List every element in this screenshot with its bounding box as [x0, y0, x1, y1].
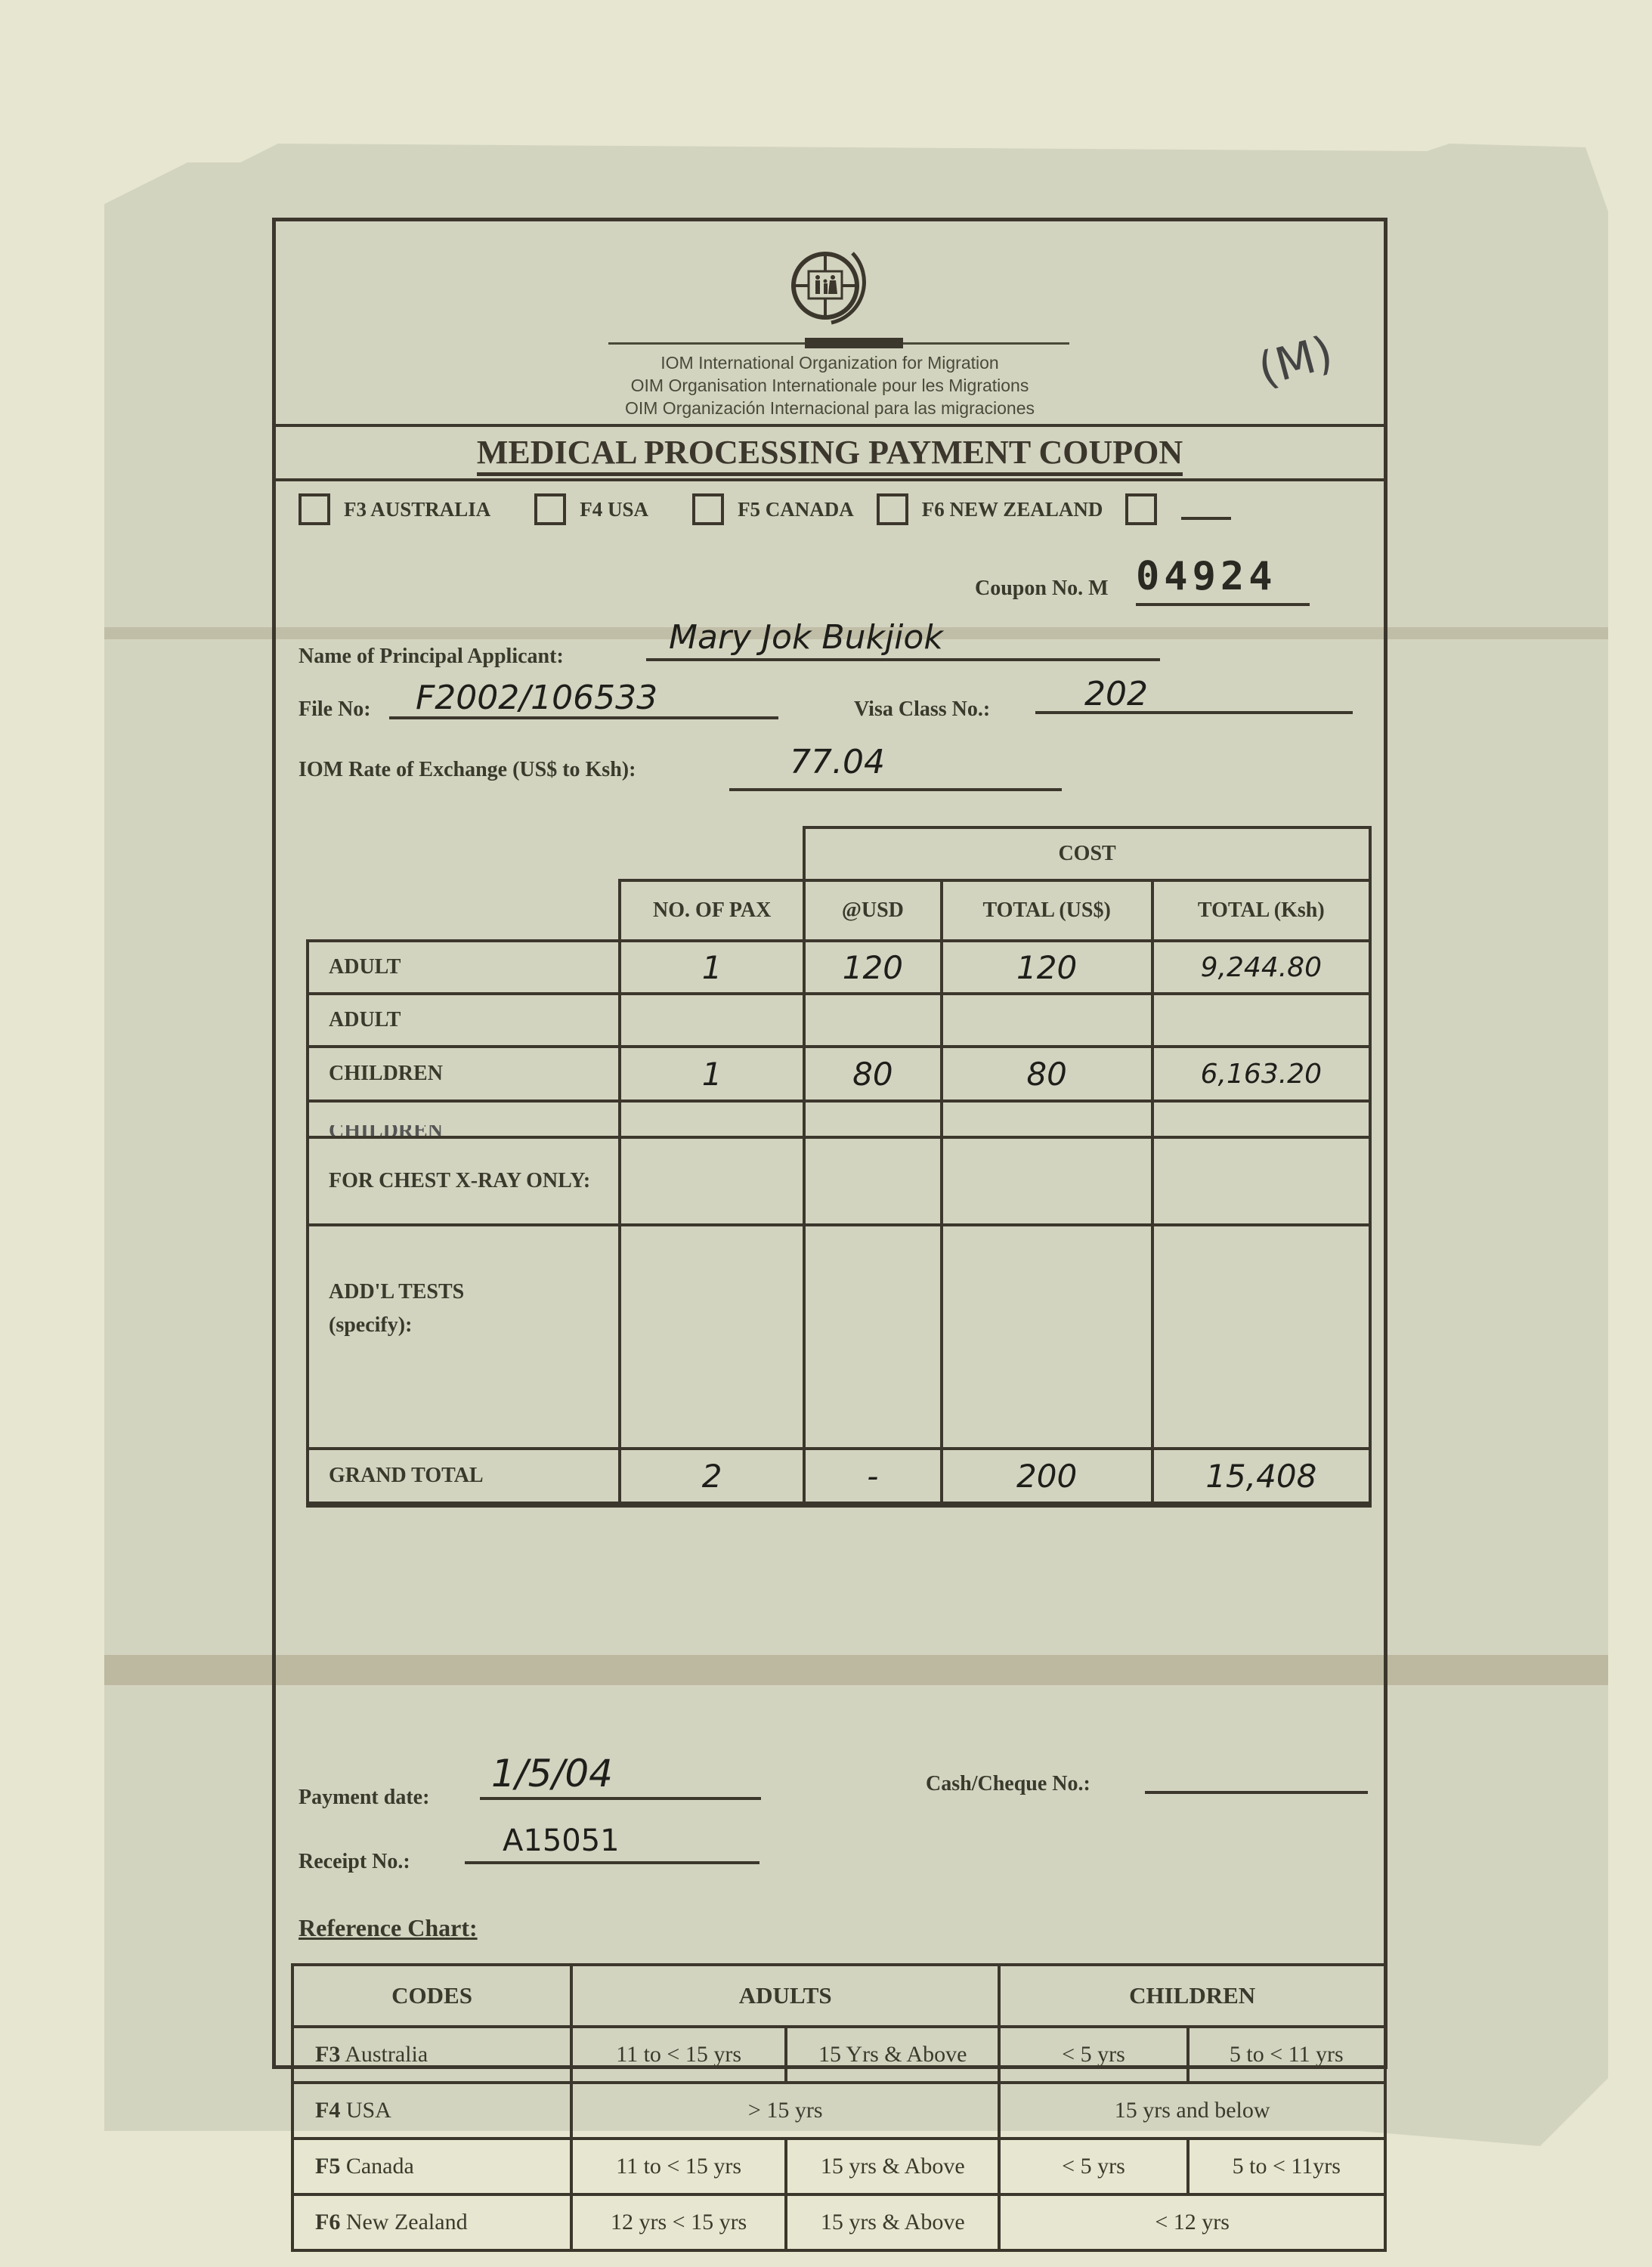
total-usd-cell[interactable]	[942, 994, 1152, 1047]
total-usd-cell[interactable]: 200	[942, 1449, 1152, 1505]
row-label: ADULT	[308, 994, 620, 1047]
usd-cell[interactable]: 80	[804, 1047, 941, 1101]
col-header-children: CHILDREN	[999, 1965, 1385, 2027]
payment-coupon-form: IOM International Organization for Migra…	[272, 218, 1387, 2069]
iom-logo-icon	[786, 244, 869, 327]
field-underline	[646, 658, 1160, 661]
field-underline	[480, 1797, 761, 1800]
table-row: FOR CHEST X-RAY ONLY:	[308, 1137, 1370, 1225]
total-usd-cell[interactable]	[942, 1101, 1152, 1137]
cost-table: COST NO. OF PAX @USD TOTAL (US$) TOTAL (…	[306, 826, 1372, 1508]
pax-cell[interactable]	[620, 1137, 804, 1225]
total-usd-cell[interactable]: 120	[942, 941, 1152, 994]
child-age-cell: < 5 yrs	[999, 2027, 1187, 2083]
row-label: GRAND TOTAL	[308, 1449, 620, 1505]
pax-cell[interactable]: 1	[620, 941, 804, 994]
checkbox-f6-new-zealand[interactable]: F6 NEW ZEALAND	[877, 493, 1103, 525]
usd-cell[interactable]	[804, 994, 941, 1047]
total-usd-cell[interactable]	[942, 1137, 1152, 1225]
header-rule-bar	[805, 338, 903, 348]
col-header-total-usd: TOTAL (US$)	[942, 880, 1152, 941]
program-checkboxes: F3 AUSTRALIA F4 USA F5 CANADA F6 NEW ZEA…	[299, 493, 1369, 525]
adult-age-cell: 11 to < 15 yrs	[571, 2139, 786, 2194]
total-ksh-cell[interactable]	[1152, 1137, 1370, 1225]
total-ksh-cell[interactable]	[1152, 994, 1370, 1047]
pax-cell[interactable]	[620, 1225, 804, 1449]
field-underline	[729, 788, 1062, 791]
pax-cell[interactable]	[620, 994, 804, 1047]
total-ksh-cell[interactable]: 6,163.20	[1152, 1047, 1370, 1101]
payment-date-label: Payment date:	[299, 1786, 429, 1810]
col-header-adults: ADULTS	[571, 1965, 999, 2027]
reference-chart-table: CODES ADULTS CHILDREN F3 Australia 11 to…	[291, 1963, 1387, 2252]
file-number-field[interactable]: F2002/106533	[416, 679, 657, 717]
org-name-es: OIM Organización Internacional para las …	[276, 397, 1384, 419]
table-row: F5 Canada 11 to < 15 yrs 15 yrs & Above …	[292, 2139, 1385, 2194]
receipt-number-field[interactable]: A15051	[503, 1823, 620, 1858]
pax-cell[interactable]: 2	[620, 1449, 804, 1505]
file-number-label: File No:	[299, 697, 371, 722]
divider	[276, 478, 1384, 481]
child-age-cell: < 12 yrs	[999, 2194, 1385, 2250]
row-label: ADULT	[308, 941, 620, 994]
pax-cell[interactable]: 1	[620, 1047, 804, 1101]
adult-age-cell: 15 yrs & Above	[786, 2139, 999, 2194]
table-row: ADULT	[308, 994, 1370, 1047]
adult-age-cell: > 15 yrs	[571, 2083, 999, 2139]
field-underline	[1035, 711, 1353, 714]
child-age-cell: 5 to < 11 yrs	[1188, 2027, 1385, 2083]
usd-cell[interactable]: -	[804, 1449, 941, 1505]
code-cell: F4 USA	[292, 2083, 571, 2139]
cost-group-header: COST	[804, 827, 1370, 880]
row-label: ADD'L TESTS (specify):	[308, 1225, 620, 1449]
usd-cell[interactable]	[804, 1225, 941, 1449]
receipt-number-label: Receipt No.:	[299, 1850, 410, 1874]
col-header-pax: NO. OF PAX	[620, 880, 804, 941]
applicant-name-label: Name of Principal Applicant:	[299, 645, 564, 669]
page-title: MEDICAL PROCESSING PAYMENT COUPON	[276, 433, 1384, 472]
payment-date-field[interactable]: 1/5/04	[491, 1752, 613, 1795]
table-row: F6 New Zealand 12 yrs < 15 yrs 15 yrs & …	[292, 2194, 1385, 2250]
adult-age-cell: 15 Yrs & Above	[786, 2027, 999, 2083]
checkbox-other[interactable]	[1125, 493, 1231, 525]
total-ksh-cell[interactable]: 15,408	[1152, 1449, 1370, 1505]
table-row: ADD'L TESTS (specify):	[308, 1225, 1370, 1449]
table-row: CHILDREN	[308, 1101, 1370, 1137]
col-header-usd: @USD	[804, 880, 941, 941]
total-usd-cell[interactable]	[942, 1225, 1152, 1449]
usd-cell[interactable]	[804, 1101, 941, 1137]
reference-chart-title: Reference Chart:	[299, 1914, 478, 1942]
total-usd-cell[interactable]: 80	[942, 1047, 1152, 1101]
visa-class-label: Visa Class No.:	[854, 697, 990, 722]
col-header-codes: CODES	[292, 1965, 571, 2027]
total-ksh-cell[interactable]: 9,244.80	[1152, 941, 1370, 994]
adult-age-cell: 15 yrs & Above	[786, 2194, 999, 2250]
pax-cell[interactable]	[620, 1101, 804, 1137]
usd-cell[interactable]: 120	[804, 941, 941, 994]
col-header-total-ksh: TOTAL (Ksh)	[1152, 880, 1370, 941]
field-underline	[465, 1861, 759, 1864]
checkbox-icon[interactable]	[299, 493, 330, 525]
coupon-number-underline	[1136, 603, 1310, 606]
cheque-number-label: Cash/Cheque No.:	[926, 1772, 1091, 1796]
row-label: FOR CHEST X-RAY ONLY:	[308, 1137, 620, 1225]
checkbox-icon[interactable]	[877, 493, 908, 525]
child-age-cell: 5 to < 11yrs	[1188, 2139, 1385, 2194]
row-label: CHILDREN	[308, 1047, 620, 1101]
adult-age-cell: 11 to < 15 yrs	[571, 2027, 786, 2083]
table-row: F3 Australia 11 to < 15 yrs 15 Yrs & Abo…	[292, 2027, 1385, 2083]
usd-cell[interactable]	[804, 1137, 941, 1225]
field-underline	[389, 716, 778, 719]
row-label: CHILDREN	[308, 1101, 620, 1137]
exchange-rate-label: IOM Rate of Exchange (US$ to Ksh):	[299, 758, 636, 782]
total-ksh-cell[interactable]	[1152, 1101, 1370, 1137]
table-row: F4 USA > 15 yrs 15 yrs and below	[292, 2083, 1385, 2139]
table-row: ADULT 1 120 120 9,244.80	[308, 941, 1370, 994]
coupon-number: 04924	[1136, 554, 1277, 599]
coupon-number-label: Coupon No. M	[975, 577, 1109, 601]
exchange-rate-field[interactable]: 77.04	[790, 743, 885, 781]
child-age-cell: < 5 yrs	[999, 2139, 1187, 2194]
other-program-field[interactable]	[1181, 499, 1231, 520]
divider	[276, 424, 1384, 427]
grand-total-row: GRAND TOTAL 2 - 200 15,408	[308, 1449, 1370, 1505]
cheque-number-field[interactable]	[1145, 1791, 1368, 1794]
checkbox-f4-usa[interactable]: F4 USA	[534, 493, 648, 525]
code-cell: F5 Canada	[292, 2139, 571, 2194]
code-cell: F3 Australia	[292, 2027, 571, 2083]
child-age-cell: 15 yrs and below	[999, 2083, 1385, 2139]
checkbox-icon[interactable]	[1125, 493, 1157, 525]
adult-age-cell: 12 yrs < 15 yrs	[571, 2194, 786, 2250]
checkbox-f5-canada[interactable]: F5 CANADA	[692, 493, 854, 525]
org-name-en: IOM International Organization for Migra…	[276, 351, 1384, 374]
checkbox-f3-australia[interactable]: F3 AUSTRALIA	[299, 493, 490, 525]
total-ksh-cell[interactable]	[1152, 1225, 1370, 1449]
org-name-fr: OIM Organisation Internationale pour les…	[276, 374, 1384, 397]
table-row: CHILDREN 1 80 80 6,163.20	[308, 1047, 1370, 1101]
code-cell: F6 New Zealand	[292, 2194, 571, 2250]
checkbox-icon[interactable]	[534, 493, 566, 525]
applicant-name-field[interactable]: Mary Jok Bukjiok	[669, 618, 943, 657]
checkbox-icon[interactable]	[692, 493, 724, 525]
visa-class-field[interactable]: 202	[1084, 675, 1148, 713]
